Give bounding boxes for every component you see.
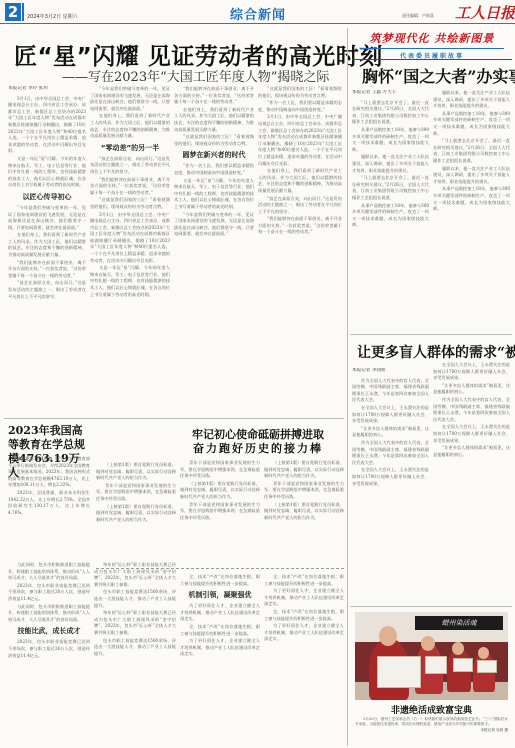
article-paragraph: 全，技术“产改”在岗位落地生根，职工参与技能提升的积极性进一步提高。 — [264, 574, 344, 587]
article-paragraph: 从事产品数控加工18年，他参与300多项关键零部件的研制生产，攻克了一项又一项技… — [352, 203, 429, 229]
article-paragraph: “让更多盲人群体的需求”被看见，这是他履职的初心。 — [433, 383, 510, 396]
article-paragraph: 青年干部是党和国家事业发展的生力军，要在学思践悟中增强本领，在急难险重任务中经受… — [180, 460, 260, 480]
photo-face — [379, 626, 397, 646]
article-paragraph: 在他们身上，我们看到了新时代产业工人的风采。作为大国工匠，他们以精湛的技艺、专注… — [174, 107, 254, 133]
article-paragraph: “马上就要去北京开会了，最近一直在研究相关建议。”2月26日，全国人大代表、江南… — [433, 138, 510, 164]
article-paragraph: 从事产品数控加工18年，他参与300多项关键零部件的研制生产，攻克了一项又一项技… — [352, 127, 429, 153]
right-story-1-byline: 本报记者 王鑫 方大丰 — [352, 90, 429, 97]
article-paragraph: 青年干部是党和国家事业发展的生力军，要在学思践悟中增强本领，在急难险重任务中经受… — [180, 502, 260, 522]
photo-sign: 蜡州染活魂 — [415, 616, 503, 630]
article-paragraph: 在全国人大会议上，王永澄关注的是如何让1700万视障人群更好融入社会、享受发展成… — [352, 467, 429, 487]
photo-caption-text: 2月20日，蜡州工艺传承会员（右一）和绣娘们展示获得的蜡染技艺证书。“三八”国际… — [355, 717, 508, 726]
article-paragraph: “作为一名工匠，我们要以精益求精的态度，推动中国制造向中国创造转变。” — [174, 163, 254, 176]
right-story-2-byline: 本报记者 李润桓 — [352, 368, 429, 375]
article-paragraph: “今年是我们突破与变革的一年，见证了国家电网建设的飞速发展，无论是在高海拔还是在… — [90, 86, 170, 112]
article-paragraph: 包头市职工技能竞赛达1500余场，评选出一大批技能人才，推动了产业工人技能提升。 — [94, 589, 176, 609]
article-paragraph: 青年干部是党和国家事业发展的生力军，要在学思践悟中增强本领，在急难险重任务中经受… — [96, 483, 176, 503]
article-paragraph: 2023年，全国普通、职业本专科招生1042.22万人，比上年增长2.73%。全… — [8, 490, 90, 516]
main-subheadline: ——写在2023年“大国工匠年度人物”揭晓之际 — [62, 66, 329, 85]
page-number: 2 — [5, 3, 21, 21]
article-paragraph: 为了更好留住人才，企业建立健全人才培养机制，推动产业工人队伍建设改革走深走实。 — [264, 588, 344, 608]
article-paragraph: 3月1日，由中华全国总工会、中央广播电视总台主办，四川省总工会承办、成都市总工会… — [258, 114, 342, 167]
editor-credit: 责任编辑：卢同喜 — [402, 13, 434, 19]
right-story-1-col-2: 履职以来，他一直关注产业工人队伍建设，深入调研，提出了多项关于技能人才培养、职业… — [433, 90, 510, 330]
article-paragraph: （上接第1版）要自觉践行党员标准，做到对党忠诚、履职尽责，以实际行动诠释新时代共… — [264, 460, 344, 480]
bottom-left-col-2: 每年的“匠心杯”职工职业技能大赛已经成为包头市广大职工展现风采的“金字招牌”。2… — [94, 562, 176, 746]
right-story-1-headline[interactable]: 胸怀“国之大者”办实事 — [362, 64, 515, 87]
article-paragraph: 又是一年匠“星”闪耀。今年的年度人物来自航天、军工、电子信息等行业，他们中有扎根… — [8, 156, 86, 189]
article-paragraph: 为了更好留住人才，企业建立健全人才培养机制，推动产业工人队伍建设改革走深走实。 — [264, 623, 344, 643]
article-subhead: 技能比武，成长成才 — [8, 626, 90, 636]
section-divider — [350, 334, 512, 335]
article-paragraph: 每年的“匠心杯”职工职业技能大赛已经成为包头市广大职工展现风采的“金字招牌”。2… — [94, 562, 176, 588]
photo-face — [452, 642, 464, 655]
article-paragraph: 履职以来，他一直关注产业工人队伍建设，深入调研，提出了多项关于技能人才培养、职业… — [433, 166, 510, 186]
article-paragraph: “我们能够冲在前面干事创业，离不开各方面的支持。”一位获奖者说，“这份荣誉属于每… — [8, 260, 86, 280]
certificate — [425, 656, 447, 674]
article-paragraph: （上接第1版）要自觉践行党员标准，做到对党忠诚、履职尽责，以实际行动诠释新时代共… — [180, 481, 260, 501]
article-paragraph: 为了更好留住人才，企业建立健全人才培养机制，推动产业工人队伍建设改革走深走实。 — [180, 638, 260, 658]
main-story-col-2: “今年是我们突破与变革的一年，见证了国家电网建设的飞速发展，无论是在高海拔还是在… — [90, 86, 170, 416]
article-paragraph: 3月1日，由中华全国总工会、中央广播电视总台主办，四川省总工会承办、成都市总工会… — [90, 212, 170, 265]
article-subhead: 以匠心传导初心 — [8, 192, 86, 202]
bottom-left-col-1: 与此同时，包头市积极推进职工技能提升，构建职工技能培训体系，推动形成“人人皆可成… — [8, 562, 90, 746]
article-paragraph: “这就是我们国家的工匠！”看着视频里的他们，现场观众纷纷为劳动者点赞。 — [90, 197, 170, 210]
article-paragraph: 作为全国人大代表中的盲人代表，全国劳模、中国残联副主席、福建省残联副理事长王永澄… — [433, 397, 510, 423]
article-paragraph: “马上就要去北京开会了，最近一直在研究相关建议。”2月26日，全国人大代表、江南… — [352, 175, 429, 201]
article-paragraph: 在他们身上，我们看到了新时代产业工人的风采。作为大国工匠，他们以精湛的技艺、专注… — [8, 232, 86, 258]
article-paragraph: 作为全国人大代表中的盲人代表，全国劳模、中国残联副主席、福建省残联副理事长王永澄… — [352, 378, 429, 404]
article-paragraph: “今年是我们突破与变革的一年，见证了国家电网建设的飞速发展，无论是在高海拔还是在… — [174, 212, 254, 238]
article-subhead: 圆梦在新兴者的时代 — [174, 150, 254, 160]
article-subhead: 机制引领，凝聚强优 — [180, 590, 260, 600]
promo-subtitle: 代表委员履职故事 — [352, 51, 512, 60]
feature-photo[interactable]: 蜡州染活魂 — [355, 612, 508, 700]
photo-credit: 本报记者 吴玥 摄 — [355, 728, 508, 733]
mid-story-col-2: 青年干部是党和国家事业发展的生力军，要在学思践悟中增强本领，在急难险重任务中经受… — [180, 460, 260, 562]
article-paragraph: 青年干部是党和国家事业发展的生力军，要在学思践悟中增强本领，在急难险重任务中经受… — [264, 481, 344, 501]
article-paragraph: 又是一年匠“星”闪耀。今年的年度人物来自航天、军工、电子信息等行业，他们中有扎根… — [90, 265, 170, 298]
article-paragraph: “马上就要去北京开会了，最近一直在研究相关建议。”2月26日，全国人大代表、江南… — [352, 100, 429, 126]
article-paragraph: 在他们身上，我们看到了新时代产业工人的风采。作为大国工匠，他们以精湛的技艺、专注… — [258, 168, 342, 194]
section-title: 综合新闻 — [230, 4, 286, 23]
article-paragraph: “我们能够冲在前面干事创业，离不开各方面的支持。”一位获奖者说，“这份荣誉属于每… — [90, 177, 170, 197]
page-number-bar — [22, 3, 24, 21]
article-paragraph: “我们能够冲在前面干事创业，离不开各方面的支持。”一位获奖者说，“这份荣誉属于每… — [174, 86, 254, 106]
article-paragraph: “今年是我们突破与变革的一年，见证了国家电网建设的飞速发展，无论是在高海拔还是在… — [8, 205, 86, 231]
article-paragraph: 全，技术“产改”在岗位落地生根，职工参与技能提升的积极性进一步提高。 — [180, 574, 260, 587]
certificate — [377, 656, 421, 688]
mid-story-col-1: （上接第1版）要自觉践行党员标准，做到对党忠诚、履职尽责，以实际行动诠释新时代共… — [96, 462, 176, 562]
article-paragraph: “技艺在高原点亮，向山而行。”这是发布活动的主题曲之一，唱出了劳动者在平凡岗位上… — [258, 196, 342, 216]
education-story-col: 本报北京3月1日电（记者宋轩）教育部今天举行新闻发布会，介绍2023年全国教育事… — [8, 456, 90, 556]
article-paragraph: 又是一年匠“星”闪耀。今年的年度人物来自航天、军工、电子信息等行业，他们中有扎根… — [174, 178, 254, 211]
issue-date: 2024年3月2日 星期六 — [27, 13, 78, 20]
photo-face — [478, 647, 489, 659]
article-paragraph: （上接第1版）要自觉践行党员标准，做到对党忠诚、履职尽责，以实际行动诠释新时代共… — [96, 504, 176, 524]
article-paragraph: “技艺在高原点亮，向山而行。”这是发布活动的主题曲之一，唱出了劳动者在平凡岗位上… — [8, 280, 86, 300]
newspaper-page: 2 2024年3月2日 星期六 综合新闻 责任编辑：卢同喜 工人日报 匠“星”闪… — [0, 0, 515, 748]
right-story-2-col-2: 在全国人大会议上，王永澄关注的是如何让1700万视障人群更好融入社会、享受发展成… — [433, 362, 510, 603]
promo-title: 筑梦现代化 共绘新图景 — [352, 30, 512, 46]
article-paragraph: 履职以来，他一直关注产业工人队伍建设，深入调研，提出了多项关于技能人才培养、职业… — [352, 154, 429, 174]
article-paragraph: 与此同时，包头市积极推进职工技能提升，构建职工技能培训体系，推动形成“人人皆可成… — [8, 604, 90, 624]
article-paragraph: 2023年，包头市职业技能竞赛已达到千余场次，参与职工超过26万人次，创造经济效… — [8, 583, 90, 603]
article-paragraph: 与此同时，包头市积极推进职工技能提升，构建职工技能培训体系，推动形成“人人皆可成… — [8, 562, 90, 582]
article-paragraph: 履职以来，他一直关注产业工人队伍建设，深入调研，提出了多项关于技能人才培养、职业… — [433, 90, 510, 110]
certificate — [477, 660, 497, 673]
article-paragraph: “技艺在高原点亮，向山而行。”这是发布活动的主题曲之一，唱出了劳动者在平凡岗位上… — [90, 156, 170, 176]
right-story-2-col-1: 本报记者 李润桓 作为全国人大代表中的盲人代表，全国劳模、中国残联副主席、福建省… — [352, 368, 429, 603]
article-paragraph: “作为一名工匠，我们要以精益求精的态度，推动中国制造向中国创造转变。” — [258, 100, 342, 113]
column-divider — [347, 28, 348, 746]
right-story-2-headline[interactable]: 让更多盲人群体的需求“被看见” — [357, 342, 515, 362]
article-paragraph: “这就是我们国家的工匠！”看着视频里的他们，现场观众纷纷为劳动者点赞。 — [174, 134, 254, 147]
article-paragraph: 每年的“匠心杯”职工职业技能大赛已经成为包头市广大职工展现风采的“金字招牌”。2… — [94, 610, 176, 636]
article-paragraph: 本报北京3月1日电（记者宋轩）教育部今天举行新闻发布会，介绍2023年全国教育事… — [8, 456, 90, 489]
article-paragraph: （上接第1版）要自觉践行党员标准，做到对党忠诚、履职尽责，以实际行动诠释新时代共… — [264, 502, 344, 522]
article-paragraph: “让更多盲人群体的需求”被看见，这是他履职的初心。 — [352, 426, 429, 439]
article-paragraph: 作为全国人大代表中的盲人代表，全国劳模、中国残联副主席、福建省残联副理事长王永澄… — [352, 440, 429, 466]
article-paragraph: 在他们身上，我们看到了新时代产业工人的风采。作为大国工匠，他们以精湛的技艺、专注… — [90, 113, 170, 139]
article-paragraph: 为了更好留住人才，企业建立健全人才培养机制，推动产业工人队伍建设改革走深走实。 — [180, 603, 260, 623]
mid-story-headline[interactable]: 牢记初心使命砥砺拼搏进取 奋力跑好历史的接力棒 — [178, 428, 338, 456]
article-paragraph: 在全国人大会议上，王永澄关注的是如何让1700万视障人群更好融入社会、享受发展成… — [433, 424, 510, 444]
article-paragraph: 全，技术“产改”在岗位落地生根，职工参与技能提升的积极性进一步提高。 — [264, 609, 344, 622]
newspaper-logo: 工人日报 — [455, 2, 515, 23]
promo-banner: 筑梦现代化 共绘新图景 代表委员履职故事 — [352, 30, 512, 60]
mid-story-col-3: （上接第1版）要自觉践行党员标准，做到对党忠诚、履职尽责，以实际行动诠释新时代共… — [264, 460, 344, 562]
article-paragraph: 从事产品数控加工18年，他参与300多项关键零部件的研制生产，攻克了一项又一项技… — [433, 186, 510, 212]
mid-headline-line-2: 奋力跑好历史的接力棒 — [178, 442, 338, 456]
photo-title: 非遗绝活成致富宝典 — [355, 703, 508, 716]
article-paragraph: 全，技术“产改”在岗位落地生根，职工参与技能提升的积极性进一步提高。 — [180, 624, 260, 637]
article-paragraph: “让更多盲人群体的需求”被看见，这是他履职的初心。 — [433, 445, 510, 458]
photo-caption: 2月20日，蜡州工艺传承会员（右一）和绣娘们展示获得的蜡染技艺证书。“三八”国际… — [355, 717, 508, 733]
article-paragraph: （上接第1版）要自觉践行党员标准，做到对党忠诚、履职尽责，以实际行动诠释新时代共… — [96, 462, 176, 482]
promo-rule — [360, 48, 504, 49]
dateline: 本报北京3月1日电 — [17, 456, 52, 461]
article-paragraph: 包头市职工技能竞赛达1500余场，评选出一大批技能人才，推动了产业工人技能提升。 — [94, 638, 176, 658]
main-story-col-3: “我们能够冲在前面干事创业，离不开各方面的支持。”一位获奖者说，“这份荣誉属于每… — [174, 86, 254, 416]
right-story-1-col-1: 本报记者 王鑫 方大丰 “马上就要去北京开会了，最近一直在研究相关建议。”2月2… — [352, 90, 429, 330]
mid-headline-line-1: 牢记初心使命砥砺拼搏进取 — [178, 428, 338, 442]
main-byline: 本报记者 李玲 张玥 — [8, 86, 86, 93]
article-paragraph: 3月1日，由中华全国总工会、中央广播电视总台主办，四川省总工会承办、成都市总工会… — [8, 96, 86, 155]
article-paragraph: 从事产品数控加工18年，他参与300多项关键零部件的研制生产，攻克了一项又一项技… — [433, 111, 510, 137]
main-story-col-4: “这就是我们国家的工匠！”看着视频里的他们，现场观众纷纷为劳动者点赞。 “作为一… — [258, 86, 342, 416]
section-divider — [4, 418, 344, 419]
photo-face — [421, 636, 435, 651]
mid-lower-col-1: 全，技术“产改”在岗位落地生根，职工参与技能提升的积极性进一步提高。 机制引领，… — [180, 574, 260, 746]
masthead: 2 2024年3月2日 星期六 综合新闻 责任编辑：卢同喜 工人日报 — [0, 0, 515, 24]
certificate — [453, 658, 473, 672]
article-paragraph: “我们能够冲在前面干事创业，离不开各方面的支持。”一位获奖者说，“这份荣誉属于每… — [258, 216, 342, 236]
article-paragraph: 在全国人大会议上，王永澄关注的是如何让1700万视障人群更好融入社会、享受发展成… — [352, 405, 429, 425]
article-paragraph: 在全国人大会议上，王永澄关注的是如何让1700万视障人群更好融入社会、享受发展成… — [433, 362, 510, 382]
section-divider — [350, 606, 512, 607]
article-paragraph: 2023年，包头市职业技能竞赛已达到千余场次，参与职工超过26万人次，创造经济效… — [8, 639, 90, 659]
main-story-col-1: 本报记者 李玲 张玥 3月1日，由中华全国总工会、中央广播电视总台主办，四川省总… — [8, 86, 86, 416]
mid-lower-col-2: 全，技术“产改”在岗位落地生根，职工参与技能提升的积极性进一步提高。 为了更好留… — [264, 574, 344, 746]
article-subhead: “零动差”的另一半 — [90, 143, 170, 153]
article-paragraph: “这就是我们国家的工匠！”看着视频里的他们，现场观众纷纷为劳动者点赞。 — [258, 86, 342, 99]
